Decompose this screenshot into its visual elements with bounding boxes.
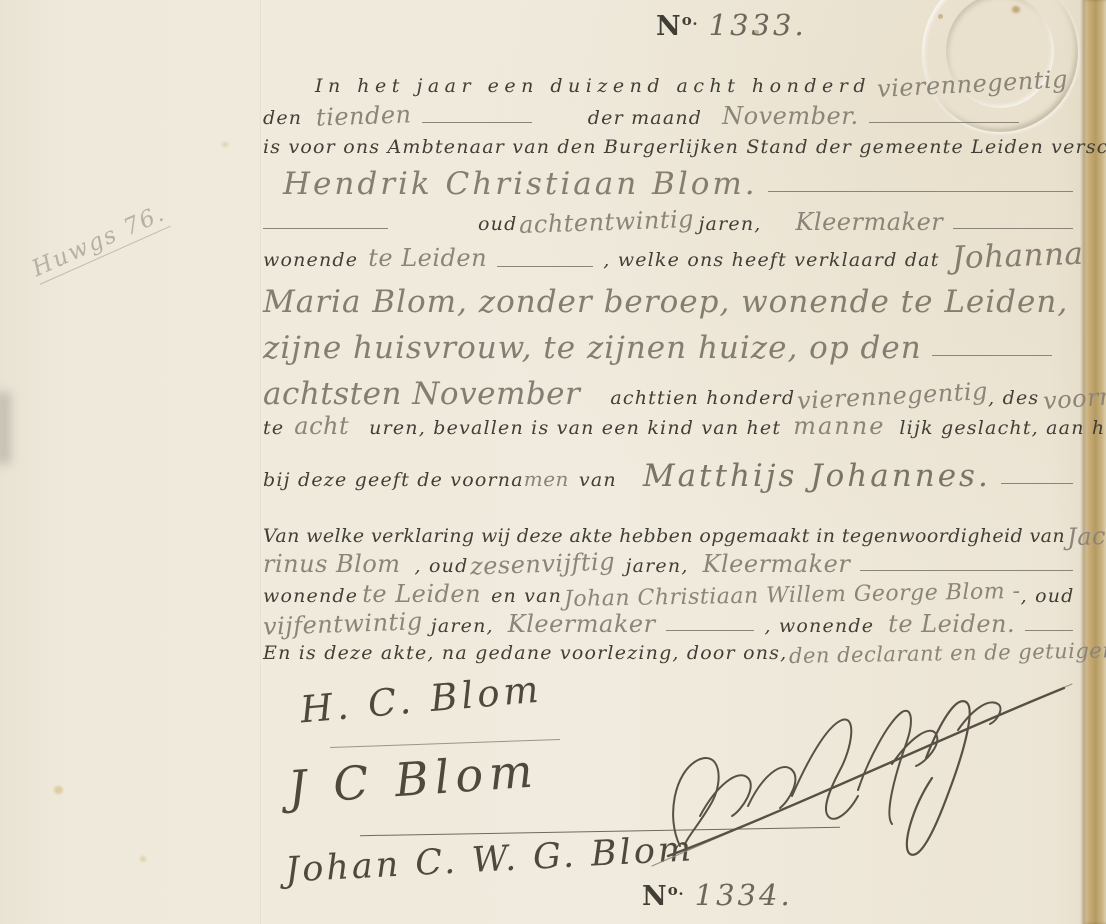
hw-witness2-age: vijfentwintig	[263, 607, 424, 641]
act-line-14: wonende te Leiden en van Johan Christiaa…	[263, 580, 1083, 608]
hw-mother-firstname: Johanna	[951, 236, 1084, 277]
act-line-6: wonende te Leiden , welke ons heeft verk…	[263, 238, 1083, 274]
hw-witness1-part1: Jacobus Catha-	[1067, 517, 1106, 552]
printed-text: van	[579, 469, 617, 491]
hw-witness2-occupation: Kleermaker	[508, 610, 656, 638]
hw-day: tienden	[316, 100, 412, 131]
printed-text: Van welke verklaring wij deze akte hebbe…	[263, 525, 1065, 547]
hw-age: achtentwintig	[519, 205, 695, 239]
ruled-line	[953, 226, 1073, 229]
ruled-line	[666, 628, 755, 631]
printed-text: is voor ons Ambtenaar van den Burgerlijk…	[263, 136, 1106, 158]
birth-record-page: Huwgs 76. No. 1333. In het jaar een duiz…	[0, 0, 1106, 924]
official-signature	[640, 668, 1080, 878]
hw-daypart: voormiddag	[1043, 377, 1106, 415]
printed-text: den	[263, 107, 302, 129]
hw-birth-place-phrase: zijne huisvrouw, te zijnen huize, op den	[263, 330, 922, 366]
printed-text: wonende	[263, 585, 358, 607]
next-record-number: No. 1334.	[642, 878, 793, 912]
record-number: No. 1333.	[656, 8, 807, 42]
act-line-10: te acht uren, bevallen is van een kind v…	[263, 412, 1083, 440]
paper-stain	[54, 786, 63, 794]
record-number-value: 1333.	[709, 8, 807, 42]
printed-text: En is deze akte, na gedane voorlezing, d…	[263, 642, 787, 664]
printed-text: te	[263, 417, 284, 439]
printed-text: In het jaar een duizend acht honderd	[315, 75, 871, 97]
printed-text: jaren,	[431, 615, 494, 637]
printed-text: en van	[491, 585, 562, 607]
printed-text: , des	[988, 387, 1039, 409]
act-line-9: achtsten November achttien honderd viere…	[263, 376, 1083, 412]
hw-witness2-name: Johan Christiaan Willem George Blom -	[564, 579, 1021, 612]
hw-closing-phrase: den declarant en de getuigen geteekend.	[789, 636, 1106, 668]
signature-witness1: J C Blom	[286, 743, 540, 814]
hw-witness1-occupation: Kleermaker	[703, 550, 851, 578]
hw-witness1-part2: rinus Blom	[263, 550, 401, 578]
hw-declarant-name: Hendrik Christiaan Blom.	[283, 166, 758, 202]
hw-hour: acht	[294, 412, 349, 440]
ruled-line	[932, 353, 1052, 356]
printed-text: wonende	[263, 249, 358, 271]
paper-stain	[1012, 6, 1020, 13]
paper-stain	[140, 856, 146, 862]
printed-text: der maand	[588, 107, 702, 129]
printed-text: achttien honderd	[610, 387, 795, 409]
act-line-4: Hendrik Christiaan Blom.	[263, 166, 1083, 202]
margin-annotation: Huwgs 76.	[28, 200, 170, 285]
hw-gender: manne	[793, 412, 885, 440]
printed-text: jaren,	[626, 555, 689, 577]
ruled-line	[860, 568, 1073, 571]
ruled-line	[869, 120, 1019, 123]
act-line-15: vijfentwintig jaren, Kleermaker , wonend…	[263, 610, 1083, 638]
hw-witness2-residence: te Leiden.	[888, 610, 1015, 638]
hw-month: November.	[722, 102, 859, 130]
act-line-1: In het jaar een duizend acht honderd vie…	[263, 70, 1083, 98]
act-line-5: oud achtentwintig jaren, Kleermaker	[263, 208, 1083, 236]
ruled-line	[497, 264, 593, 267]
signature-declarant: H. C. Blom	[299, 668, 545, 732]
record-number-superscript: o.	[682, 11, 699, 29]
ruled-line	[768, 189, 1073, 192]
hw-residence: te Leiden	[368, 244, 487, 272]
printed-text: oud	[478, 213, 517, 235]
hw-mother-details: Maria Blom, zonder beroep, wonende te Le…	[263, 284, 1068, 320]
ruled-line	[1025, 628, 1073, 631]
paper-stain	[222, 142, 228, 147]
printed-text: , wonende	[764, 615, 874, 637]
hw-birth-date: achtsten November	[263, 376, 580, 412]
hw-birth-year: vierennegentig	[797, 377, 989, 415]
act-line-11: bij deze geeft de voorna men van Matthij…	[263, 458, 1083, 494]
next-record-number-label: No.	[642, 881, 685, 912]
printed-text: uren, bevallen is van een kind van het	[369, 417, 781, 439]
printed-text: , oud	[415, 555, 469, 577]
act-line-13: rinus Blom , oud zesenvijftig jaren, Kle…	[263, 550, 1083, 578]
paper-stain	[938, 14, 943, 19]
hw-witness1-age: zesenvijftig	[470, 547, 616, 580]
record-number-label: No.	[656, 11, 699, 42]
hw-child-names: Matthijs Johannes.	[643, 458, 991, 494]
act-line-12: Van welke verklaring wij deze akte hebbe…	[263, 520, 1083, 548]
hw-occupation: Kleermaker	[796, 208, 944, 236]
next-record-superscript: o.	[668, 881, 685, 899]
next-record-number-value: 1334.	[695, 878, 793, 912]
printed-text: lijk geslacht, aan hetwelk	[899, 417, 1106, 439]
signature-witness2: Johan C. W. G. Blom	[284, 829, 695, 890]
act-line-7: Maria Blom, zonder beroep, wonende te Le…	[263, 284, 1083, 320]
act-line-2: den tienden der maand November.	[263, 102, 1083, 130]
ink-bleed-smudge	[0, 392, 11, 464]
hw-year: vierennegentig	[876, 65, 1068, 103]
act-line-8: zijne huisvrouw, te zijnen huize, op den	[263, 330, 1083, 366]
printed-text: bij deze geeft de voorna	[263, 469, 524, 491]
printed-text: , welke ons heeft verklaard dat	[603, 249, 939, 271]
ruled-line	[422, 120, 532, 123]
ruled-line	[263, 226, 388, 229]
printed-text: , oud	[1021, 585, 1075, 607]
act-line-16: En is deze akte, na gedane voorlezing, d…	[263, 640, 1083, 664]
hw-witness1-residence: te Leiden	[362, 580, 481, 608]
act-line-3: is voor ons Ambtenaar van den Burgerlijk…	[263, 136, 1083, 158]
hw-men: men	[524, 467, 569, 491]
ruled-line	[1001, 481, 1073, 484]
printed-text: jaren,	[698, 213, 761, 235]
